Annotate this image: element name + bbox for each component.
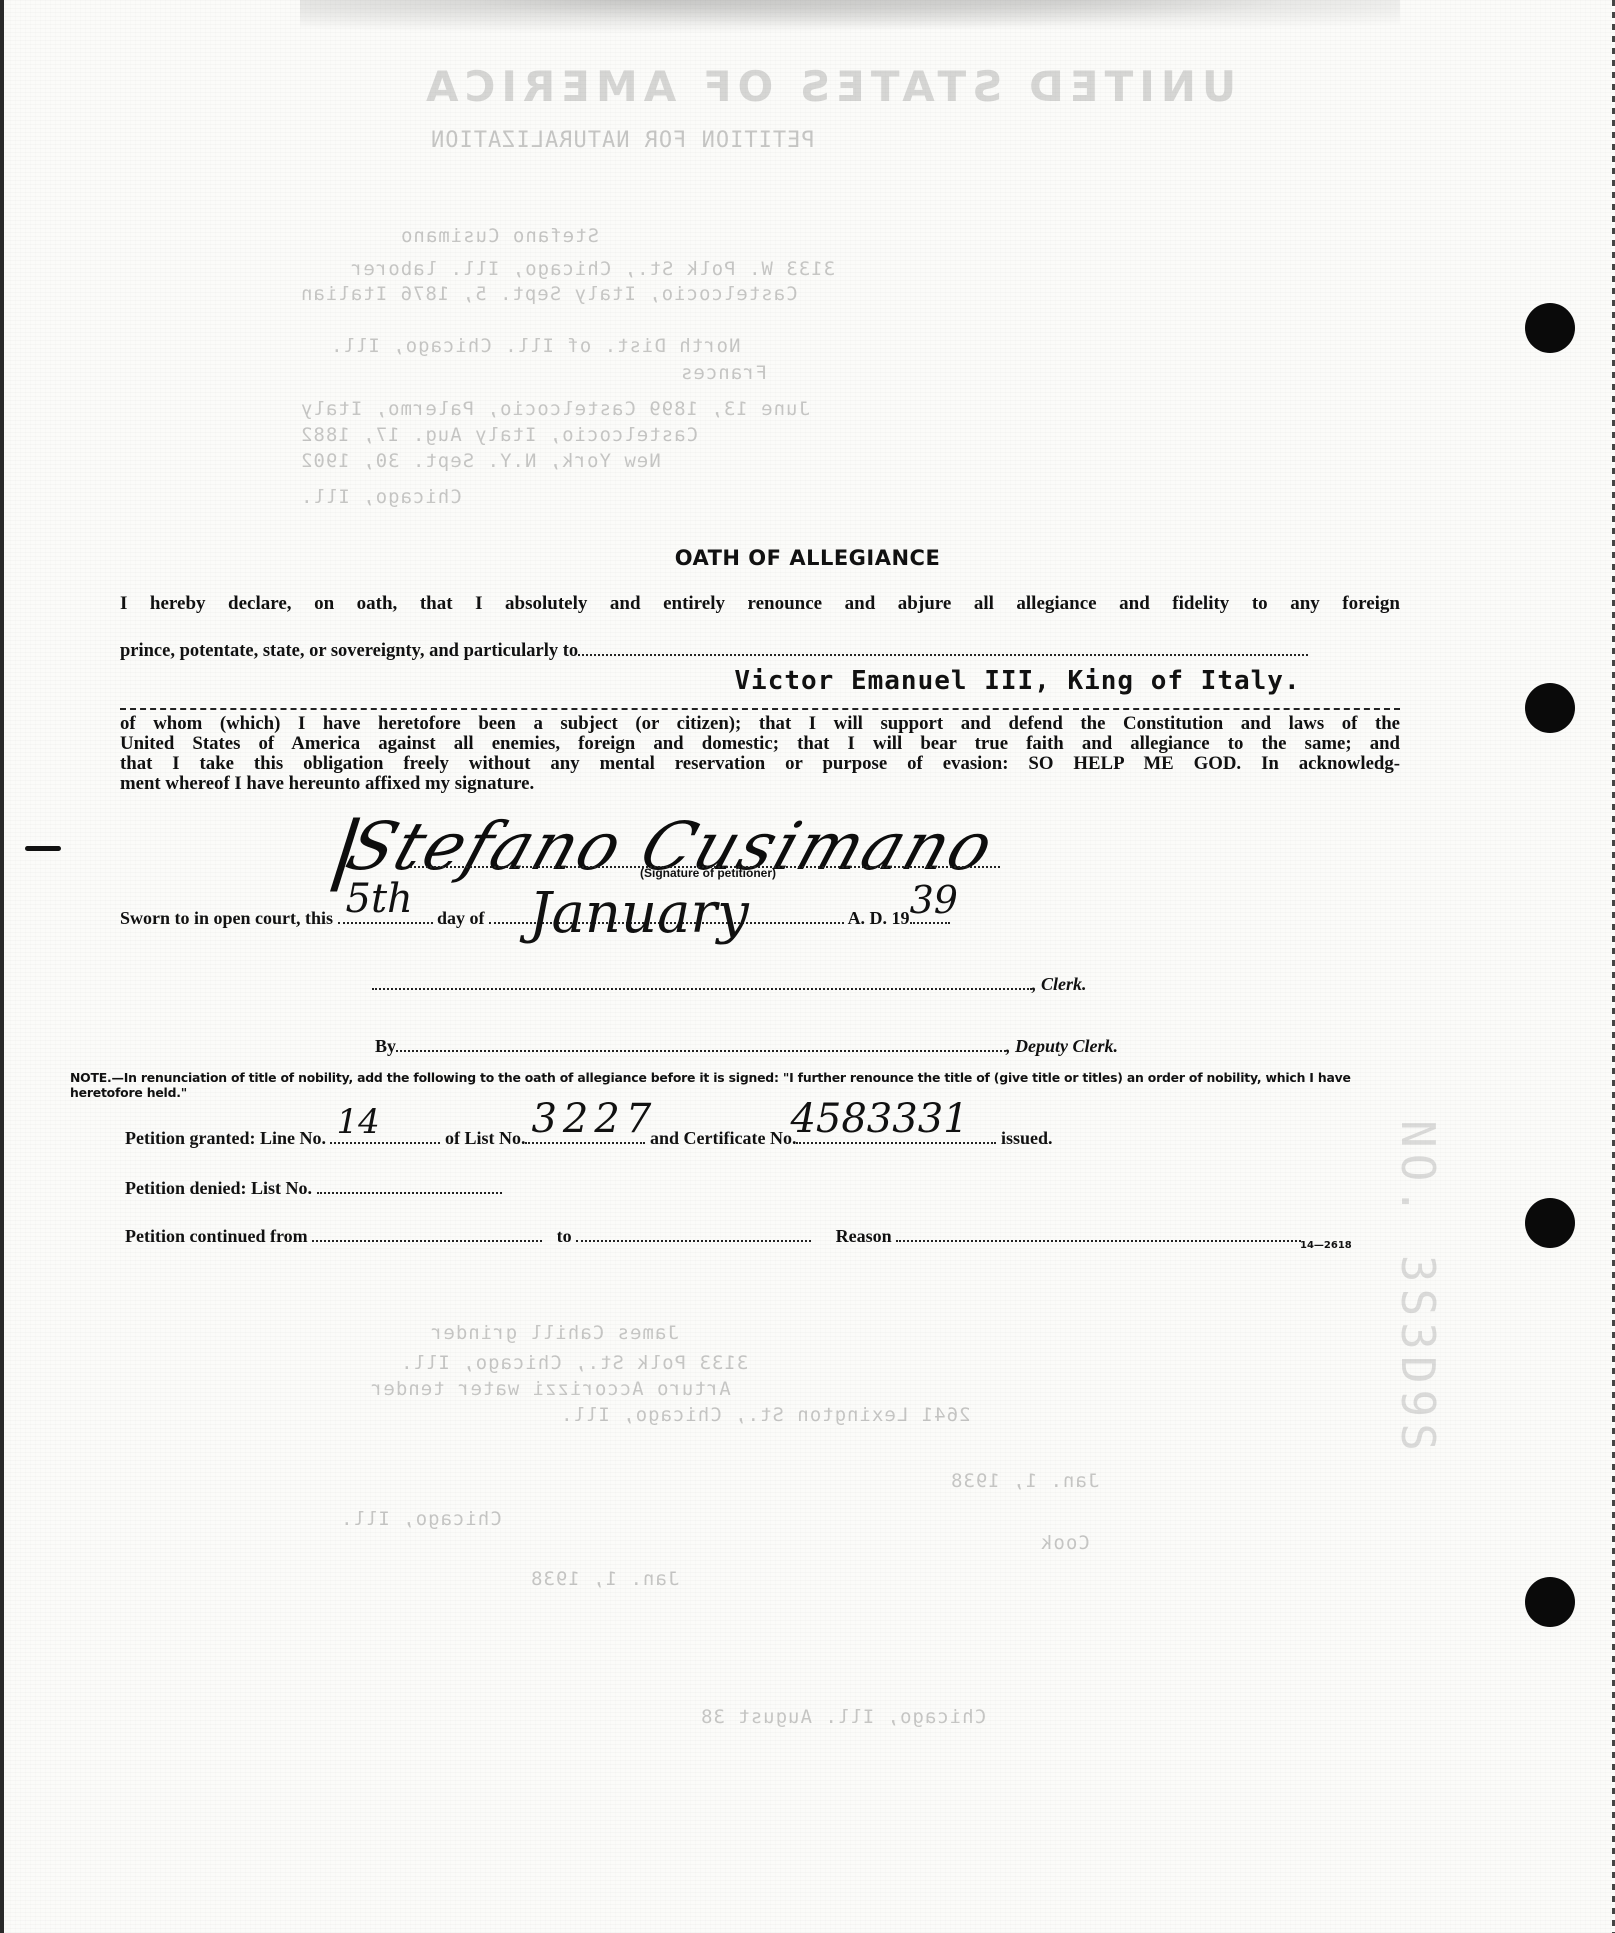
scan-edge-left <box>0 0 4 1933</box>
bleed-line: Arturo Accorizzi water tender <box>370 1378 731 1400</box>
bleed-subheader: PETITION FOR NATURALIZATION <box>430 128 815 153</box>
continued-from-field <box>312 1224 542 1242</box>
bleed-line: Stefano Cusimano <box>400 225 599 247</box>
bleed-line: 2641 Lexington St., Chicago, Ill. <box>560 1404 971 1426</box>
list-no-value: 3227 <box>531 1096 657 1142</box>
declaration-body-line: ment whereof I have hereunto affixed my … <box>120 774 1400 794</box>
sworn-month-field: January <box>489 906 844 924</box>
continued-to-field <box>576 1224 811 1242</box>
clerk-field <box>372 972 1032 990</box>
petition-granted-row: Petition granted: Line No. 14 of List No… <box>125 1126 1052 1149</box>
bleed-line: New York, N.Y. Sept. 30, 1902 <box>300 450 661 472</box>
sworn-day-of: day of <box>437 908 485 928</box>
bleed-line: June 13, 1899 Castelcocio, Palermo, Ital… <box>300 398 810 420</box>
sworn-ad-label: A. D. 19 <box>848 908 910 928</box>
declaration-line-1: I hereby declare, on oath, that I absolu… <box>120 594 1400 614</box>
punch-hole <box>1525 1577 1575 1627</box>
petition-continued-label: Petition continued from <box>125 1226 308 1246</box>
bleed-line: North Dist. of Ill. Chicago, Ill. <box>330 335 741 357</box>
declaration-line-2: prince, potentate, state, or sovereignty… <box>120 640 1400 661</box>
reason-field <box>896 1224 1301 1242</box>
sworn-year-field: 39 <box>910 906 950 924</box>
oath-title: OATH OF ALLEGIANCE <box>0 546 1615 570</box>
bleed-line: Chicago, Ill. <box>340 1508 502 1530</box>
declaration-body-line: of whom (which) I have heretofore been a… <box>120 714 1400 734</box>
line-no-field: 14 <box>330 1126 440 1144</box>
clerk-label: , Clerk. <box>1032 974 1087 994</box>
bleed-stamp: NO. 3S3D9S <box>1391 1120 1445 1457</box>
deputy-clerk-row: By, Deputy Clerk. <box>375 1034 1118 1057</box>
paper-texture <box>0 0 1615 1933</box>
sworn-prefix: Sworn to in open court, this <box>120 908 333 928</box>
petition-denied-row: Petition denied: List No. <box>125 1176 502 1199</box>
line-no-value: 14 <box>336 1102 379 1142</box>
bleed-line: Castelcocio, Italy Sept. 5, 1876 Italian <box>300 283 798 305</box>
bleed-line: Castelcocio, Italy Aug. 17, 1882 <box>300 424 698 446</box>
declaration-line-2-text: prince, potentate, state, or sovereignty… <box>120 641 578 661</box>
sworn-month-value: January <box>529 881 749 946</box>
list-no-field: 3227 <box>525 1126 645 1144</box>
issued-label: issued. <box>1001 1128 1053 1148</box>
document-page: UNITED STATES OF AMERICA PETITION FOR NA… <box>0 0 1615 1933</box>
bleed-line: 3133 W. Polk St., Chicago, Ill. laborer <box>350 258 835 280</box>
scan-smudge <box>300 0 1400 40</box>
sworn-day-field: 5th <box>338 906 433 924</box>
bleed-line: Cook <box>1040 1532 1090 1554</box>
petition-continued-row: Petition continued from to Reason <box>125 1224 1301 1247</box>
sovereign-blank <box>578 640 1308 656</box>
sovereign-underline <box>120 708 1400 710</box>
signature-caption: (Signature of petitioner) <box>640 866 776 880</box>
sworn-year-value: 39 <box>910 878 958 922</box>
deputy-clerk-label: , Deputy Clerk. <box>1006 1036 1118 1056</box>
petition-denied-label: Petition denied: List No. <box>125 1178 312 1198</box>
bleed-line: James Cahill grinder <box>430 1322 679 1344</box>
bleed-header: UNITED STATES OF AMERICA <box>420 62 1236 111</box>
nobility-note: NOTE.—In renunciation of title of nobili… <box>70 1070 1410 1100</box>
sworn-row: Sworn to in open court, this 5th day of … <box>120 906 950 929</box>
continued-to-label: to <box>557 1226 572 1246</box>
margin-mark <box>25 846 61 851</box>
bleed-line: Frances <box>680 362 767 384</box>
bleed-line: Jan. 1, 1938 <box>950 1470 1099 1492</box>
bleed-line: 3133 Polk St., Chicago, Ill. <box>400 1352 748 1374</box>
sworn-day-value: 5th <box>346 876 413 922</box>
declaration-body-line: that I take this obligation freely witho… <box>120 754 1400 774</box>
declaration-body-line: United States of America against all ene… <box>120 734 1400 754</box>
sovereign-name: Victor Emanuel III, King of Italy. <box>0 666 1615 696</box>
by-label: By <box>375 1036 396 1056</box>
punch-hole <box>1525 303 1575 353</box>
cert-no-field: 4583331 <box>796 1126 996 1144</box>
list-label: of List No. <box>445 1128 526 1148</box>
cert-no-value: 4583331 <box>790 1096 968 1142</box>
petition-granted-label: Petition granted: Line No. <box>125 1128 326 1148</box>
form-number: 14—2618 <box>1300 1240 1352 1251</box>
bleed-line: Jan. 1, 1938 <box>530 1568 679 1590</box>
bleed-line: Chicago, Ill. <box>300 486 462 508</box>
deputy-clerk-field <box>396 1034 1006 1052</box>
declaration-body: of whom (which) I have heretofore been a… <box>120 714 1400 794</box>
cert-label: and Certificate No. <box>650 1128 796 1148</box>
clerk-row: , Clerk. <box>372 972 1087 995</box>
denied-list-field <box>317 1176 502 1194</box>
bleed-line: Chicago, Ill. August 38 <box>700 1706 986 1728</box>
reason-label: Reason <box>836 1226 892 1246</box>
punch-hole <box>1525 1198 1575 1248</box>
